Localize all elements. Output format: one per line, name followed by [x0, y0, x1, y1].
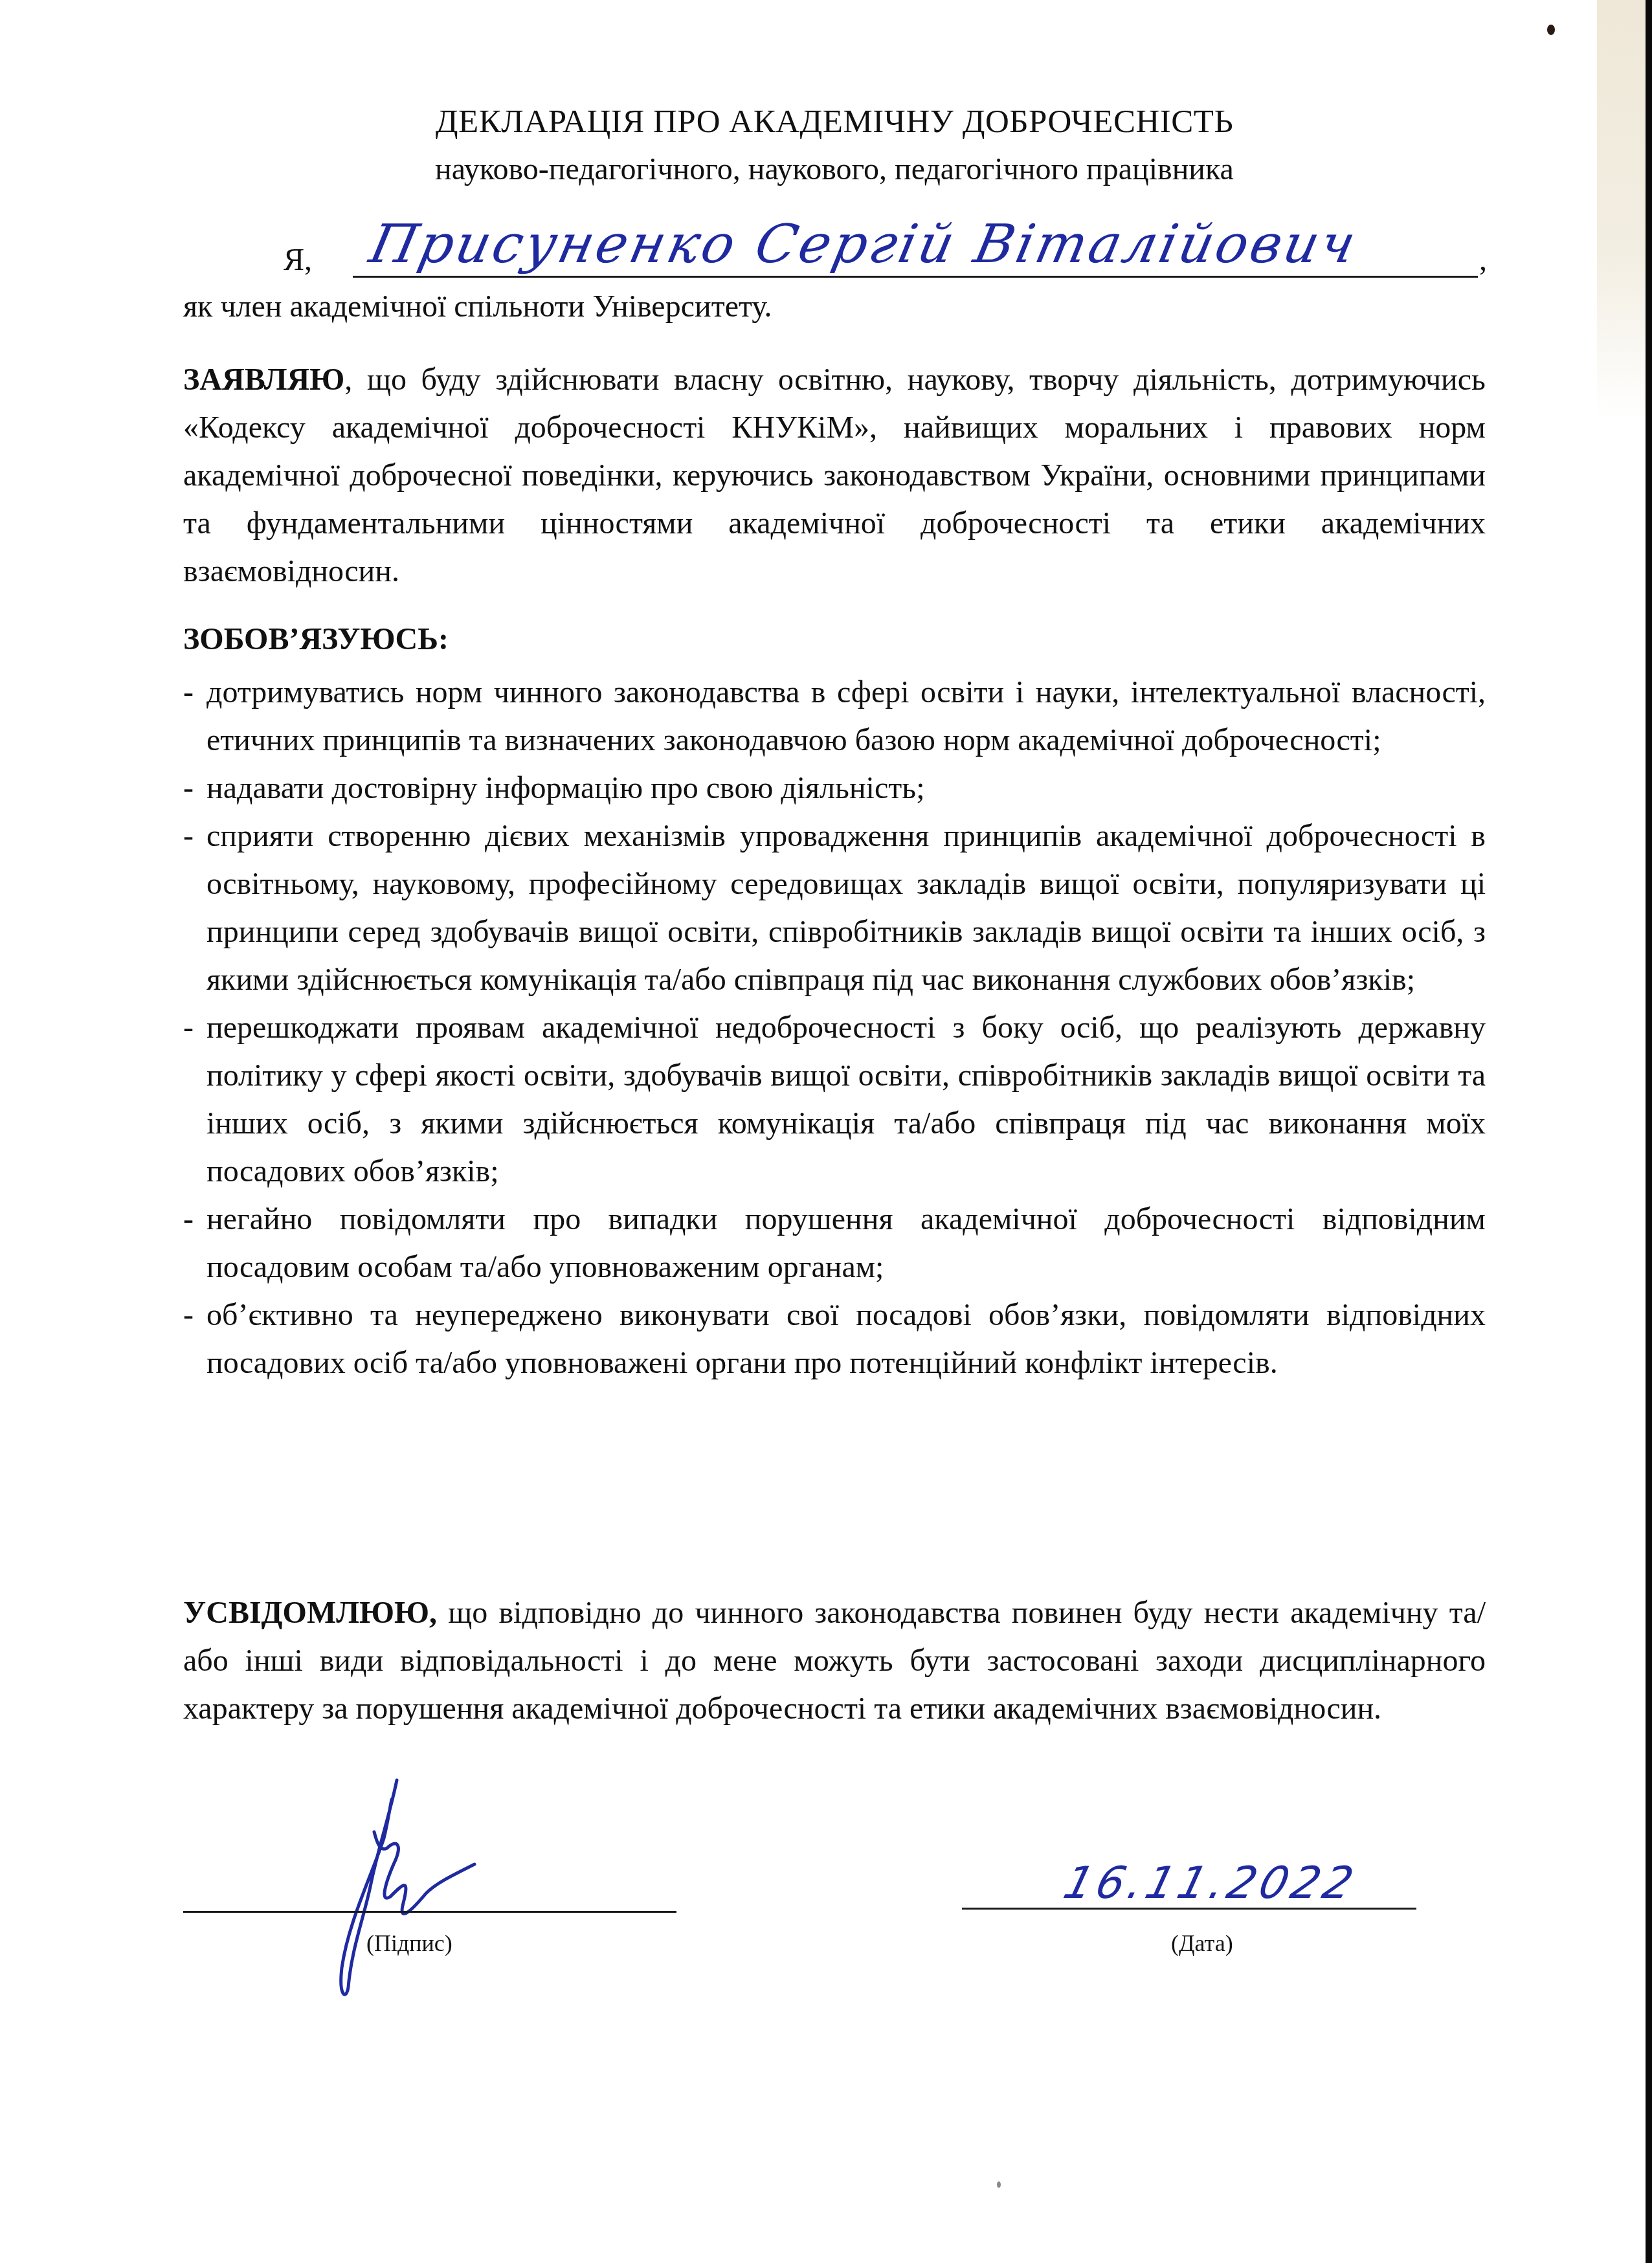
commit-heading: ЗОБОВ’ЯЗУЮСЬ: — [183, 620, 449, 659]
aware-paragraph: УСВІДОМЛЮЮ, що відповідно до чинного зак… — [183, 1589, 1486, 1733]
bullet-dash: - — [183, 669, 194, 717]
intro-prefix: Я, — [284, 241, 312, 280]
ink-speck — [1547, 25, 1555, 35]
document-subtitle: науково-педагогічного, наукового, педаго… — [183, 150, 1486, 189]
signature-line — [183, 1911, 676, 1913]
list-item: -надавати достовірну інформацію про свою… — [183, 764, 1486, 812]
member-statement: як член академічної спільноти Університе… — [183, 287, 772, 326]
bullet-dash: - — [183, 812, 194, 860]
ink-speck — [997, 2181, 1001, 2188]
declare-keyword: ЗАЯВЛЯЮ — [183, 362, 344, 397]
list-item: -негайно повідомляти про випадки порушен… — [183, 1196, 1486, 1291]
signature-block: (Підпис) 16.11.2022 (Дата) — [183, 1851, 1486, 2046]
handwritten-name: Присуненко Сергій Віталійович — [364, 214, 1363, 275]
scan-edge-shadow — [1597, 0, 1646, 421]
date-line — [962, 1908, 1416, 1910]
bullet-dash: - — [183, 1291, 194, 1339]
scan-border — [1646, 0, 1652, 2263]
intro-suffix: , — [1479, 241, 1487, 280]
declare-paragraph: ЗАЯВЛЯЮ, що буду здійснювати власну осві… — [183, 356, 1486, 596]
list-item: -перешкоджати проявам академічної недобр… — [183, 1004, 1486, 1196]
name-underline — [353, 276, 1478, 278]
bullet-dash: - — [183, 764, 194, 812]
document-title: ДЕКЛАРАЦІЯ ПРО АКАДЕМІЧНУ ДОБРОЧЕСНІСТЬ — [183, 102, 1486, 141]
declare-text: , що буду здійснювати власну освітню, на… — [183, 362, 1486, 588]
date-label: (Дата) — [1171, 1929, 1233, 1957]
list-item: -сприяти створенню дієвих механізмів упр… — [183, 812, 1486, 1004]
commitment-list: -дотримуватись норм чинного законодавств… — [183, 669, 1486, 1387]
bullet-dash: - — [183, 1196, 194, 1243]
bullet-dash: - — [183, 1004, 194, 1052]
list-item: -об’єктивно та неупереджено виконувати с… — [183, 1291, 1486, 1387]
handwritten-signature-icon — [313, 1774, 481, 2007]
handwritten-date: 16.11.2022 — [1058, 1858, 1362, 1909]
list-item: -дотримуватись норм чинного законодавств… — [183, 669, 1486, 764]
name-field-row: Я, Присуненко Сергій Віталійович , — [183, 233, 1486, 285]
signature-label: (Підпис) — [366, 1929, 452, 1957]
aware-keyword: УСВІДОМЛЮЮ, — [183, 1596, 437, 1630]
